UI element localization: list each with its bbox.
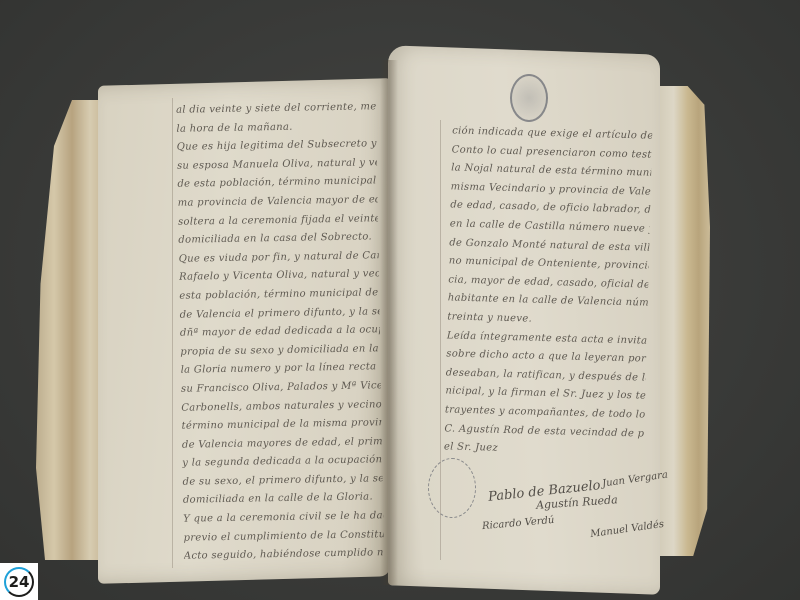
brand-logo: 24 [0,563,38,600]
oval-seal-stamp [510,74,548,122]
logo-ring-icon: 24 [4,567,34,597]
left-page-handwriting: al dia veinte y siete del corriente, mes… [176,98,384,566]
round-seal-stamp [428,458,476,518]
logo-text: 24 [9,573,30,591]
right-page-block-edges [654,86,710,556]
left-page-margin-rule [172,98,173,568]
handwritten-line: Acto seguido, habiéndose cumplido ningun… [184,544,384,566]
handwritten-line: al dia veinte y siete del corriente, mes… [176,98,376,120]
right-page-handwriting: ción indicada que exige el artículo de l… [444,122,653,462]
